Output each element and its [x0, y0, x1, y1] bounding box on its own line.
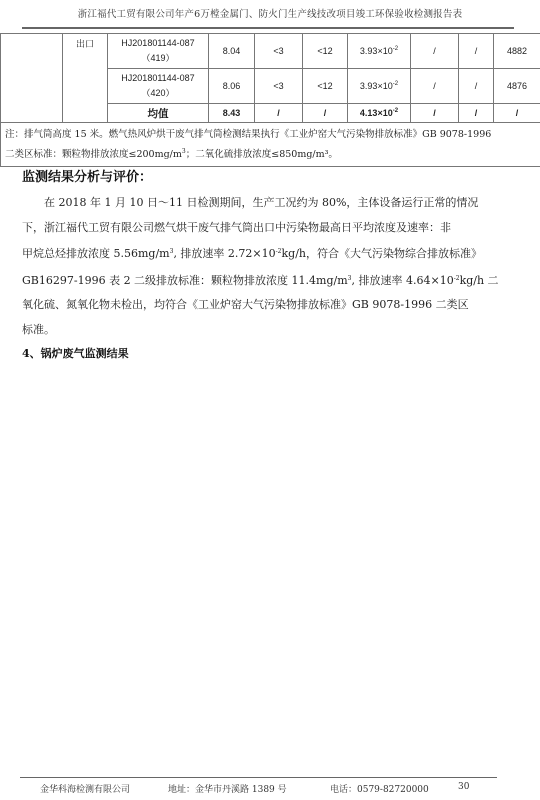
sample-sub-id: （420） [108, 86, 208, 101]
note-line-1: 注：排气筒高度 15 米。燃气热风炉烘干废气排气筒检测结果执行《工业炉窑大气污染… [5, 126, 536, 143]
flow-cell: 4876 [494, 69, 540, 104]
para-line: 氧化硫、氮氧化物未检出，均符合《工业炉窑大气污染物排放标准》GB 9078-19… [22, 293, 518, 318]
value-cell: / [459, 34, 494, 69]
para-text: , 排放速率 2.72×10 [173, 247, 275, 260]
rate-base: 3.93×10 [360, 81, 393, 91]
rate-exponent: -2 [393, 81, 398, 87]
footer-address: 地址：金华市丹溪路 1389 号 [168, 782, 287, 795]
rate-base: 4.13×10 [360, 108, 393, 118]
value-cell: <3 [255, 34, 303, 69]
page-number: 30 [458, 782, 469, 792]
sample-id: HJ201801144-087 [108, 36, 208, 51]
para-text: kg/h，符合《大气污染物综合排放标准》 [282, 247, 483, 260]
value-cell: / [459, 69, 494, 104]
para-line: 标准。 [22, 318, 518, 343]
value-cell: <3 [255, 69, 303, 104]
table-note: 注：排气筒高度 15 米。燃气热风炉烘干废气排气筒检测结果执行《工业炉窑大气污染… [1, 123, 540, 167]
emission-results-table: 出口 HJ201801144-087 （419） 8.04 <3 <12 3.9… [0, 33, 540, 167]
analysis-paragraph: 在 2018 年 1 月 10 日～11 日检测期间，生产工况约为 80%，主体… [22, 191, 518, 342]
para-line: GB16297-1996 表 2 二级排放标准：颗粒物排放浓度 11.4mg/m… [22, 267, 518, 294]
avg-value-cell: / [459, 104, 494, 123]
sampling-location: 出口 [63, 34, 108, 123]
avg-value-cell: / [303, 104, 348, 123]
para-line: 甲烷总烃排放浓度 5.56mg/m3, 排放速率 2.72×10-2kg/h，符… [22, 240, 518, 267]
para-text: GB16297-1996 表 2 二级排放标准：颗粒物排放浓度 11.4mg/m [22, 274, 348, 287]
avg-value-cell: / [255, 104, 303, 123]
value-cell: <12 [303, 34, 348, 69]
rate-base: 3.93×10 [360, 46, 393, 56]
table-row: 出口 HJ201801144-087 （419） 8.04 <3 <12 3.9… [1, 34, 540, 69]
rate-cell: 3.93×10-2 [348, 69, 411, 104]
note-row: 注：排气筒高度 15 米。燃气热风炉烘干废气排气筒检测结果执行《工业炉窑大气污染… [1, 123, 540, 167]
avg-rate-cell: 4.13×10-2 [348, 104, 411, 123]
avg-value-cell: / [411, 104, 459, 123]
footer-phone: 电话：0579-82720000 [330, 782, 429, 795]
sample-id: HJ201801144-087 [108, 71, 208, 86]
para-line: 下，浙江福代工贸有限公司燃气烘干废气排气筒出口中污染物最高日平均浓度及速率：非 [22, 216, 518, 241]
footer-divider [20, 777, 497, 778]
value-cell: 8.04 [209, 34, 255, 69]
flow-cell: 4882 [494, 34, 540, 69]
average-label: 均值 [108, 104, 209, 123]
value-cell: <12 [303, 69, 348, 104]
para-text: , 排放速率 4.64×10 [352, 274, 454, 287]
value-cell: / [411, 34, 459, 69]
section-heading-analysis: 监测结果分析与评价： [22, 166, 152, 185]
rate-exponent: -2 [393, 46, 398, 52]
para-line: 在 2018 年 1 月 10 日～11 日检测期间，生产工况约为 80%，主体… [22, 191, 518, 216]
avg-flow-cell: / [494, 104, 540, 123]
para-text: kg/h 二 [460, 274, 499, 287]
sample-id-cell: HJ201801144-087 （420） [108, 69, 209, 104]
avg-value-cell: 8.43 [209, 104, 255, 123]
note-text: 二类区标准：颗粒物排放浓度≤200mg/m [5, 149, 182, 160]
para-text: 甲烷总烃排放浓度 5.56mg/m [22, 247, 170, 260]
rate-exponent: -2 [393, 108, 398, 114]
header-divider [22, 27, 514, 29]
note-text: ；二氧化硫排放浓度≤850mg/m³。 [186, 149, 338, 160]
rate-cell: 3.93×10-2 [348, 34, 411, 69]
sample-sub-id: （419） [108, 51, 208, 66]
footer-company: 金华科海检测有限公司 [40, 782, 130, 795]
subheading-boiler-results: 4、锅炉废气监测结果 [22, 345, 129, 361]
blank-merged-cell [1, 34, 63, 123]
sample-id-cell: HJ201801144-087 （419） [108, 34, 209, 69]
value-cell: 8.06 [209, 69, 255, 104]
report-header-title: 浙江福代工贸有限公司年产6万樘金属门、防火门生产线技改项目竣工环保验收检测报告表 [0, 6, 540, 20]
note-line-2: 二类区标准：颗粒物排放浓度≤200mg/m3；二氧化硫排放浓度≤850mg/m³… [5, 143, 536, 163]
value-cell: / [411, 69, 459, 104]
